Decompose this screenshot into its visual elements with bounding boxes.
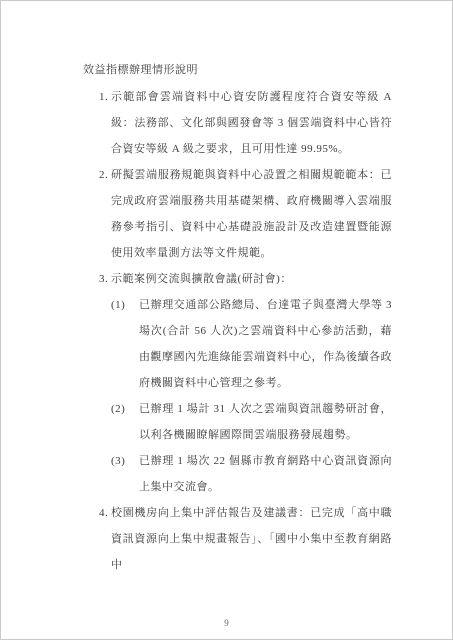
list-item: 2. 研擬雲端服務規範與資料中心設置之相關規範範本：已完成政府雲端服務共用基礎架… xyxy=(99,162,392,266)
document-page: 效益指標辦理情形說明 1. 示範部會雲端資料中心資安防護程度符合資安等級 A 級… xyxy=(0,0,453,640)
list-item-number: 4. xyxy=(99,500,111,578)
list-item-text: 示範案例交流與擴散會議(研討會)： xyxy=(111,266,392,292)
document-content: 效益指標辦理情形說明 1. 示範部會雲端資料中心資安防護程度符合資安等級 A 級… xyxy=(83,57,392,578)
list-item: 1. 示範部會雲端資料中心資安防護程度符合資安等級 A 級：法務部、文化部與國發… xyxy=(99,84,392,162)
sub-list-item-text: 已辦理 1 場次 22 個縣市教育網路中心資訊資源向上集中交流會。 xyxy=(139,448,392,500)
sub-list-item-number: (1) xyxy=(111,292,139,396)
list-item-number: 3. xyxy=(99,266,111,292)
list-item-text: 研擬雲端服務規範與資料中心設置之相關規範範本：已完成政府雲端服務共用基礎架構、政… xyxy=(111,162,392,266)
sub-list-item-text: 已辦理 1 場計 31 人次之雲端與資訊趨勢研討會，以利各機關瞭解國際間雲端服務… xyxy=(139,396,392,448)
list-item-text: 示範部會雲端資料中心資安防護程度符合資安等級 A 級：法務部、文化部與國發會等 … xyxy=(111,84,392,162)
sub-list-item: (3) 已辦理 1 場次 22 個縣市教育網路中心資訊資源向上集中交流會。 xyxy=(111,448,392,500)
sub-list-item: (1) 已辦理交通部公路總局、台達電子與臺灣大學等 3 場次(合計 56 人次)… xyxy=(111,292,392,396)
sub-list-item-text: 已辦理交通部公路總局、台達電子與臺灣大學等 3 場次(合計 56 人次)之雲端資… xyxy=(139,292,392,396)
page-title: 效益指標辦理情形說明 xyxy=(83,57,392,83)
sub-list-item-number: (2) xyxy=(111,396,139,448)
list-item-number: 1. xyxy=(99,84,111,162)
list-item-number: 2. xyxy=(99,162,111,266)
list-item-text: 校園機房向上集中評估報告及建議書：已完成「高中職資訊資源向上集中規畫報告」、「國… xyxy=(111,500,392,578)
sub-list-item: (2) 已辦理 1 場計 31 人次之雲端與資訊趨勢研討會，以利各機關瞭解國際間… xyxy=(111,396,392,448)
list-item: 3. 示範案例交流與擴散會議(研討會)： xyxy=(99,266,392,292)
page-number: 9 xyxy=(1,618,452,628)
sub-list-item-number: (3) xyxy=(111,448,139,500)
list-item: 4. 校園機房向上集中評估報告及建議書：已完成「高中職資訊資源向上集中規畫報告」… xyxy=(99,500,392,578)
